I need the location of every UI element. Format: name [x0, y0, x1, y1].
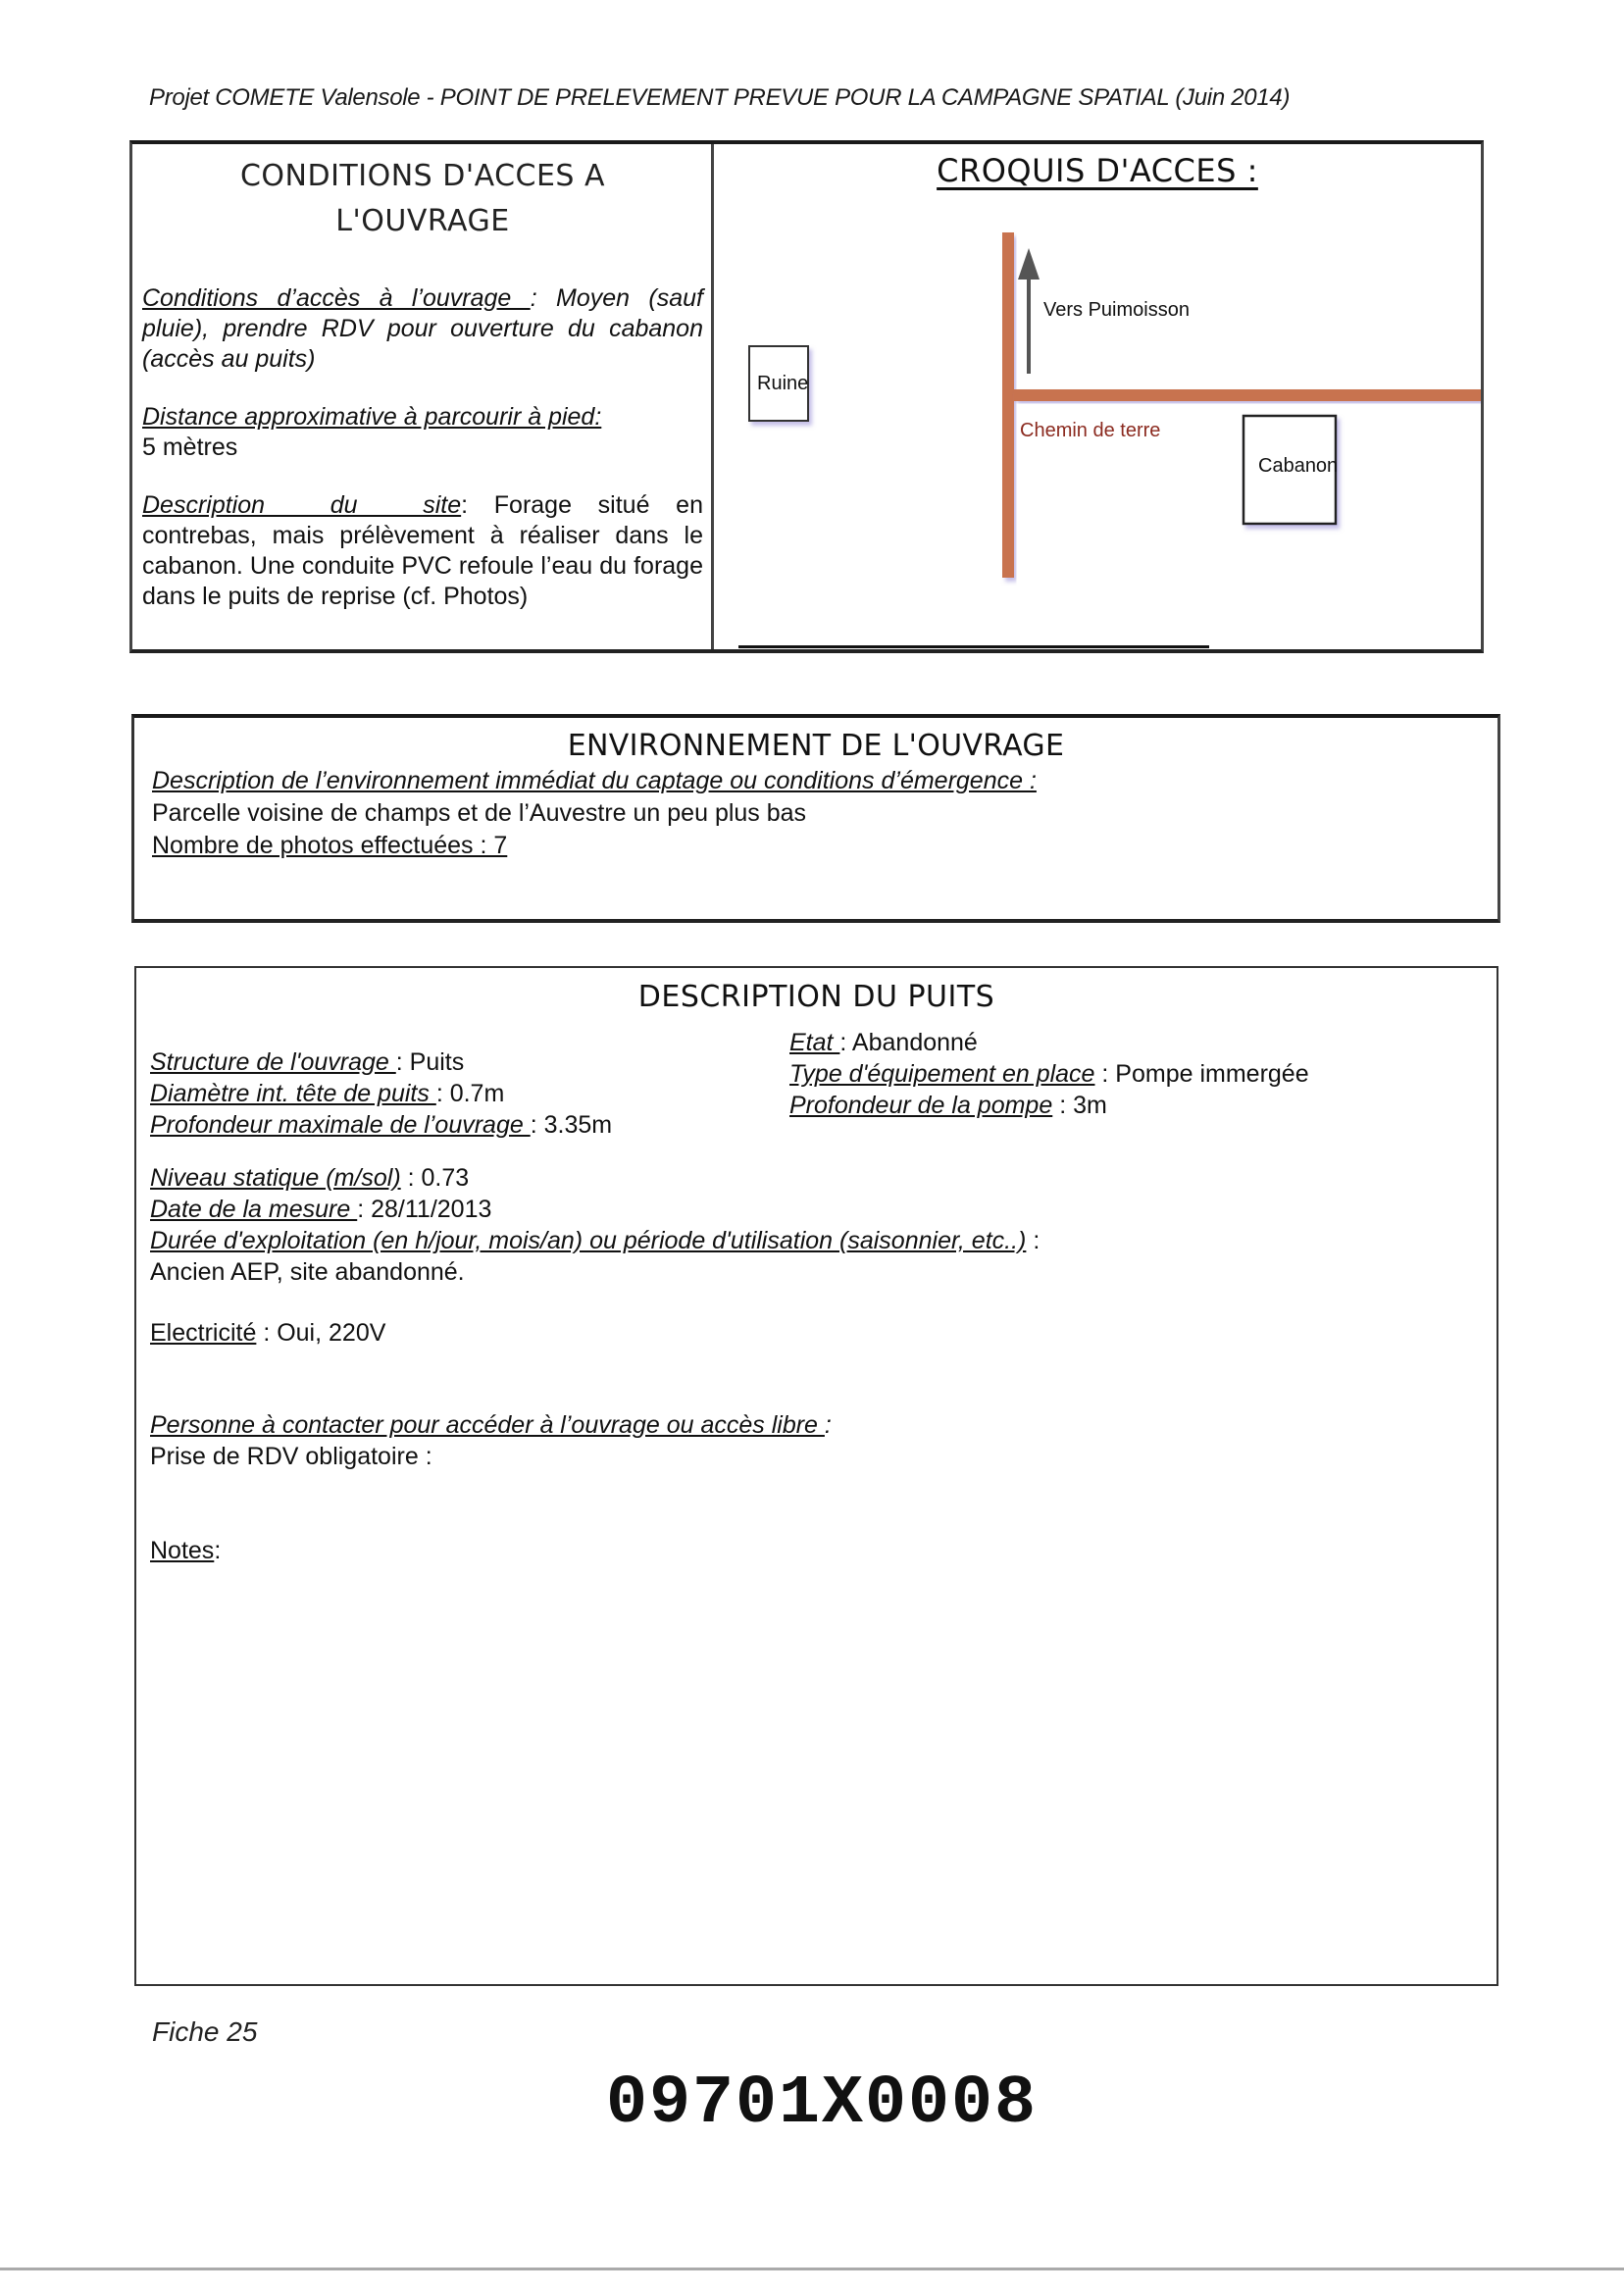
access-conditions-field: Conditions d’accès à l’ouvrage : Moyen (…: [142, 283, 703, 375]
walking-distance-value: 5 mètres: [142, 433, 703, 463]
access-conditions-label: Conditions d’accès à l’ouvrage: [142, 284, 531, 312]
electricity-field: Electricité : Oui, 220V: [150, 1317, 1483, 1349]
field-label: Profondeur de la pompe: [789, 1092, 1052, 1119]
horizontal-road: [1014, 389, 1481, 401]
access-conditions-title: CONDITIONS D'ACCES A L'OUVRAGE: [142, 154, 703, 244]
field-label: Durée d'exploitation (en h/jour, mois/an…: [150, 1227, 1026, 1254]
well-properties: Structure de l'ouvrage : Puits Diamètre …: [150, 1027, 1483, 1145]
field-value: : 0.7m: [436, 1080, 504, 1107]
field-label: Date de la mesure: [150, 1196, 357, 1223]
access-sketch-panel: CROQUIS D'ACCES : Vers Puimoisson Ruine …: [714, 144, 1481, 649]
well-code: 09701X0008: [0, 2065, 1624, 2143]
site-description-label: Description du site: [142, 491, 461, 519]
page-bottom-rule: [0, 2268, 1624, 2270]
environment-description-label: Description de l’environnement immédiat …: [152, 765, 1480, 797]
well-properties-left: Structure de l'ouvrage : Puits Diamètre …: [150, 1046, 612, 1141]
access-sketch-diagram: Vers Puimoisson Ruine Chemin de terre Ca…: [714, 144, 1481, 649]
direction-label: Vers Puimoisson: [1043, 299, 1190, 321]
photo-count: Nombre de photos effectuées : 7: [152, 830, 1480, 862]
field-label: Etat: [789, 1029, 839, 1056]
field-value: : 28/11/2013: [357, 1196, 491, 1223]
contact-block: Personne à contacter pour accéder à l’ou…: [150, 1409, 1483, 1472]
field-label: Electricité: [150, 1319, 256, 1347]
title-line-1: CONDITIONS D'ACCES A: [142, 154, 703, 199]
photo-count-text: Nombre de photos effectuées : 7: [152, 832, 507, 859]
document-header: Projet COMETE Valensole - POINT DE PRELE…: [149, 84, 1424, 112]
structure-field: Structure de l'ouvrage : Puits: [150, 1046, 612, 1078]
field-suffix: :: [1026, 1227, 1040, 1254]
field-value: : 3m: [1052, 1092, 1107, 1119]
cabin-label: Cabanon: [1258, 455, 1338, 477]
road-label: Chemin de terre: [1020, 420, 1160, 441]
walking-distance-field: Distance approximative à parcourir à pie…: [142, 402, 703, 463]
contact-value: Prise de RDV obligatoire :: [150, 1441, 1483, 1472]
field-label: Structure de l'ouvrage: [150, 1048, 396, 1076]
sketch-bottom-rule: [738, 645, 1209, 648]
well-description-title: DESCRIPTION DU PUITS: [150, 978, 1483, 1017]
field-value: : Pompe immergée: [1094, 1060, 1308, 1088]
ruin-label: Ruine: [757, 373, 808, 394]
well-description-section: DESCRIPTION DU PUITS Structure de l'ouvr…: [134, 966, 1498, 1986]
title-line-2: L'OUVRAGE: [142, 199, 703, 244]
vertical-road: [1002, 232, 1014, 578]
notes-label: Notes: [150, 1537, 214, 1564]
site-description-field: Description du site: Forage situé en con…: [142, 490, 703, 612]
field-value: : 3.35m: [531, 1111, 612, 1139]
equipment-type-field: Type d'équipement en place : Pompe immer…: [789, 1058, 1309, 1090]
field-label: Type d'équipement en place: [789, 1060, 1094, 1088]
field-suffix: :: [825, 1411, 832, 1439]
contact-field: Personne à contacter pour accéder à l’ou…: [150, 1409, 1483, 1441]
field-value: : Puits: [396, 1048, 464, 1076]
pump-depth-field: Profondeur de la pompe : 3m: [789, 1090, 1309, 1121]
diameter-field: Diamètre int. tête de puits : 0.7m: [150, 1078, 612, 1109]
field-label: Niveau statique (m/sol): [150, 1164, 401, 1192]
state-field: Etat : Abandonné: [789, 1027, 1309, 1058]
walking-distance-label: Distance approximative à parcourir à pie…: [142, 402, 703, 433]
field-value: : Oui, 220V: [256, 1319, 385, 1347]
field-label: Profondeur maximale de l’ouvrage: [150, 1111, 531, 1139]
measure-date-field: Date de la mesure : 28/11/2013: [150, 1194, 1483, 1225]
sheet-number: Fiche 25: [152, 2016, 257, 2048]
environment-title: ENVIRONNEMENT DE L'OUVRAGE: [152, 728, 1480, 765]
notes-suffix: :: [214, 1537, 221, 1564]
max-depth-field: Profondeur maximale de l’ouvrage : 3.35m: [150, 1109, 612, 1141]
access-section: CONDITIONS D'ACCES A L'OUVRAGE Condition…: [129, 140, 1484, 653]
exploitation-value: Ancien AEP, site abandonné.: [150, 1256, 1483, 1288]
measurements-block: Niveau statique (m/sol) : 0.73 Date de l…: [150, 1162, 1483, 1288]
exploitation-field: Durée d'exploitation (en h/jour, mois/an…: [150, 1225, 1483, 1256]
well-properties-right: Etat : Abandonné Type d'équipement en pl…: [789, 1027, 1309, 1121]
field-label: Personne à contacter pour accéder à l’ou…: [150, 1411, 825, 1439]
static-level-field: Niveau statique (m/sol) : 0.73: [150, 1162, 1483, 1194]
notes-field: Notes:: [150, 1535, 1483, 1566]
env-desc-label-text: Description de l’environnement immédiat …: [152, 767, 1037, 794]
field-value: : Abandonné: [839, 1029, 977, 1056]
environment-description-value: Parcelle voisine de champs et de l’Auves…: [152, 797, 1480, 830]
environment-section: ENVIRONNEMENT DE L'OUVRAGE Description d…: [131, 714, 1500, 923]
field-label: Diamètre int. tête de puits: [150, 1080, 436, 1107]
arrow-up-icon: [1018, 248, 1040, 374]
access-conditions-panel: CONDITIONS D'ACCES A L'OUVRAGE Condition…: [132, 144, 711, 649]
field-value: : 0.73: [401, 1164, 470, 1192]
